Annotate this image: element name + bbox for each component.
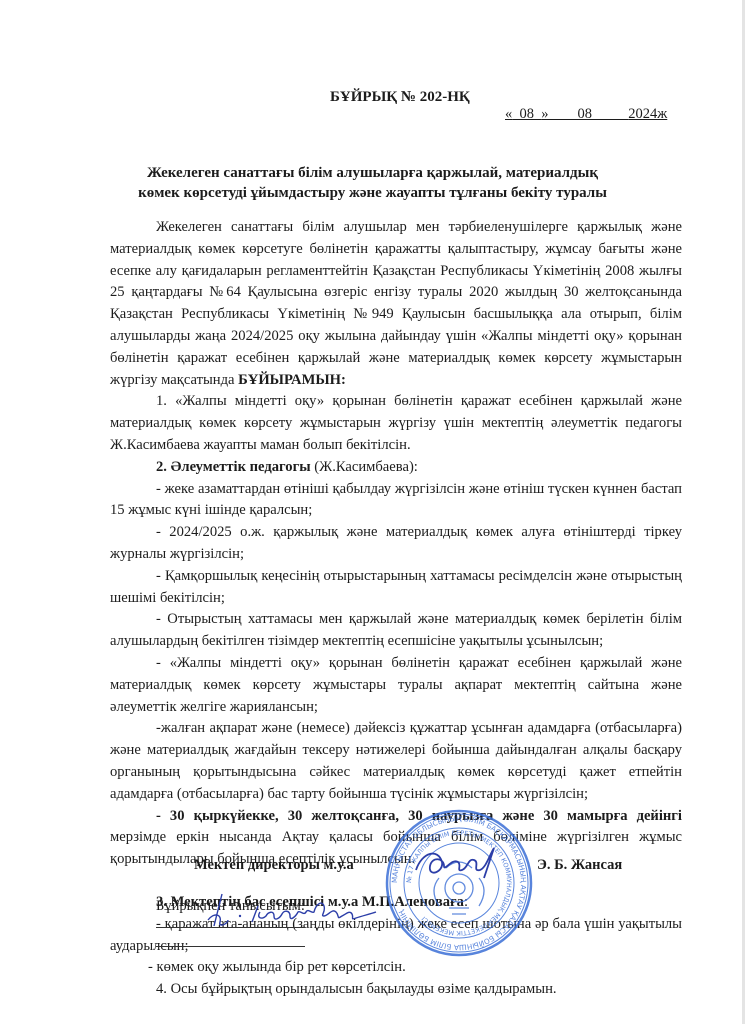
item-2-point: - 2024/2025 о.ж. қаржылық және материалд…: [110, 522, 682, 566]
date-month: 08: [578, 106, 593, 122]
document-heading: Жекелеген санаттағы білім алушыларға қар…: [0, 163, 745, 203]
item-2-point: - жеке азаматтардан өтініші қабылдау жүр…: [110, 479, 682, 523]
date-day: 08: [520, 106, 535, 122]
item-2-point: - «Жалпы міндетті оқу» қорынан бөлінетін…: [110, 653, 682, 718]
signatory-title: Мектеп директоры м.у.а: [194, 857, 354, 874]
date-year: 2024ж: [628, 106, 667, 122]
item-2-point: - Отырыстың хаттамасы мен қаржылай және …: [110, 609, 682, 653]
acknowledged-signature-line: [156, 946, 305, 947]
order-date: « 08 » 08 2024ж: [505, 106, 667, 123]
heading-line-1: Жекелеген санаттағы білім алушыларға қар…: [0, 163, 745, 183]
item-1: 1. «Жалпы міндетті оқу» қорынан бөлінеті…: [110, 391, 682, 456]
date-close-quote: »: [541, 106, 548, 122]
item-4: 4. Осы бұйрықтың орындалысын бақылауды ө…: [110, 979, 682, 1001]
order-title: БҰЙРЫҚ № 202-НҚ: [330, 89, 470, 106]
preamble: Жекелеген санаттағы білім алушылар мен т…: [110, 217, 682, 391]
heading-line-2: көмек көрсетуді ұйымдастыру және жауапты…: [0, 183, 745, 203]
item-2-title: 2. Әлеуметтік педагогы (Ж.Касимбаева):: [110, 457, 682, 479]
signatory-name: Э. Б. Жансая: [537, 857, 622, 874]
director-signature-icon: [408, 840, 518, 890]
item-3-point: - көмек оқу жылында бір рет көрсетілсін.: [110, 957, 682, 979]
item-2-point: - Қамқоршылық кеңесінің отырыстарының ха…: [110, 566, 682, 610]
acknowledged-signature-icon: [200, 892, 400, 932]
item-2-point: -жалған ақпарат және (немесе) дәйексіз қ…: [110, 718, 682, 805]
order-word: БҰЙЫРАМЫН:: [238, 372, 346, 388]
